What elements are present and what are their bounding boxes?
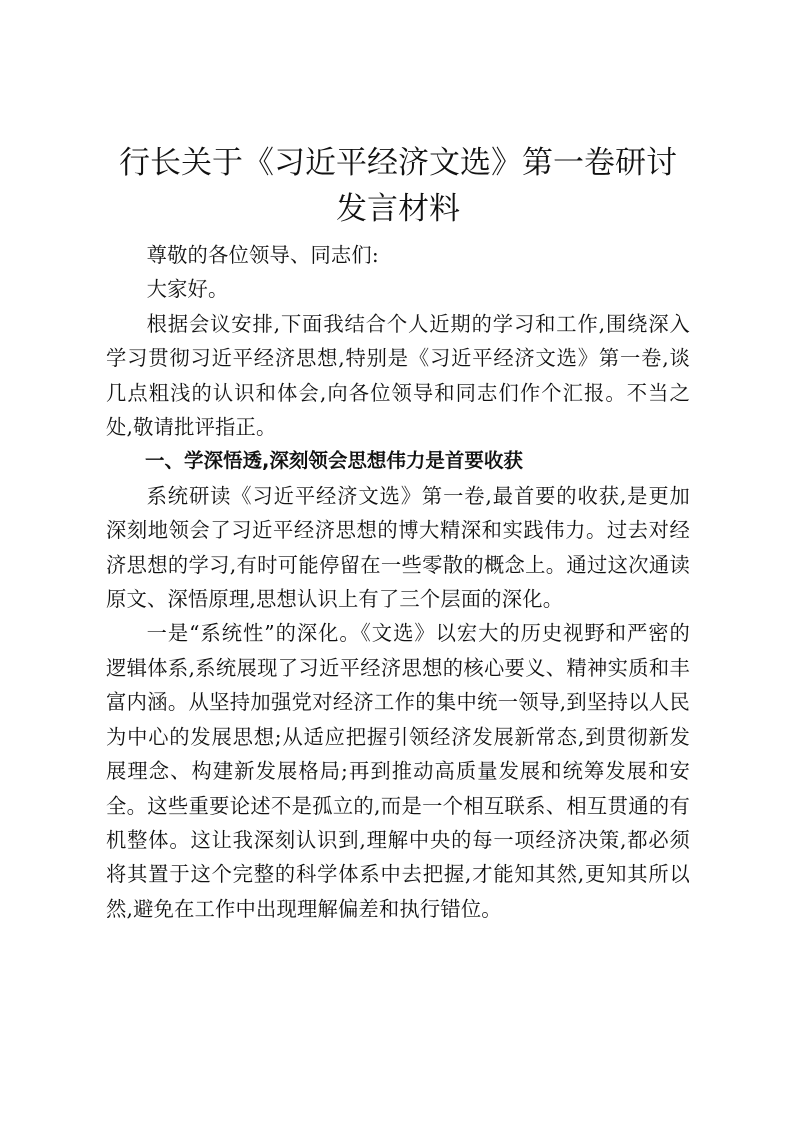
salutation-paragraph: 尊敬的各位领导、同志们:: [106, 238, 690, 272]
section-paragraph: 一是“系统性”的深化。《文选》以宏大的历史视野和严密的逻辑体系,系统展现了习近平…: [106, 616, 690, 926]
section-paragraph: 系统研读《习近平经济文选》第一卷,最首要的收获,是更加深刻地领会了习近平经济思想…: [106, 479, 690, 617]
document-page: 行长关于《习近平经济文选》第一卷研讨发言材料 尊敬的各位领导、同志们: 大家好。…: [106, 140, 690, 926]
intro-paragraph: 根据会议安排,下面我结合个人近期的学习和工作,围绕深入学习贯彻习近平经济思想,特…: [106, 307, 690, 445]
greeting-paragraph: 大家好。: [106, 272, 690, 306]
section-heading: 一、学深悟透,深刻领会思想伟力是首要收获: [106, 444, 690, 478]
document-title: 行长关于《习近平经济文选》第一卷研讨发言材料: [106, 140, 690, 232]
